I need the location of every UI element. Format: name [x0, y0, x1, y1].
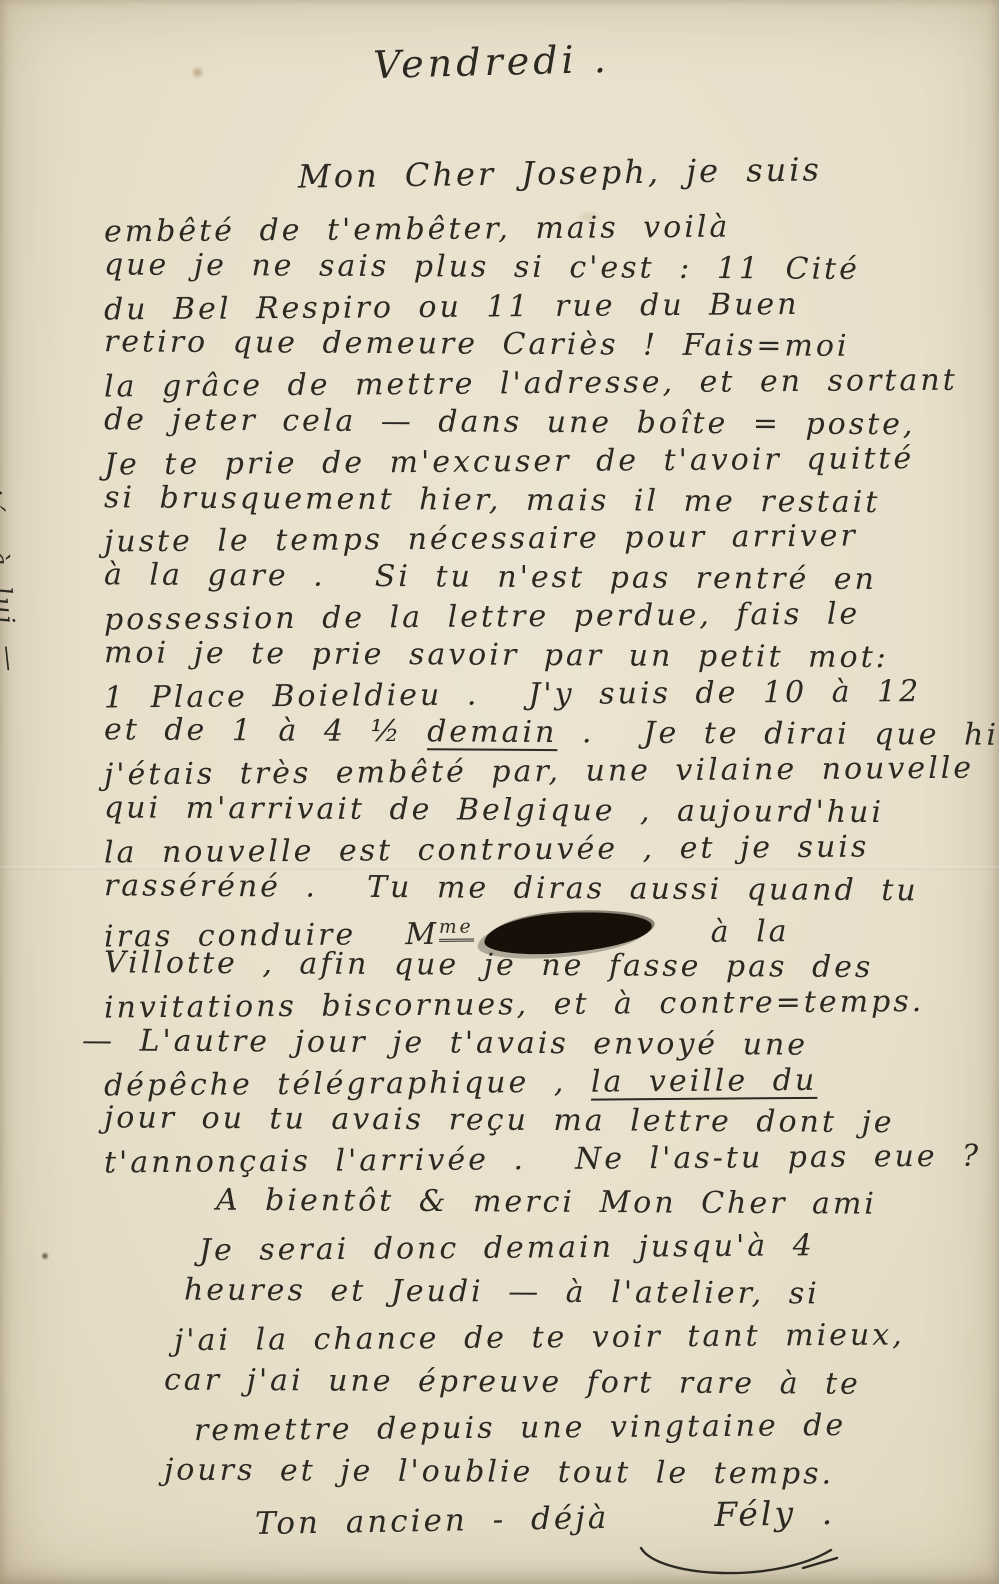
- closing-line: A bientôt & merci Mon Cher ami: [216, 1178, 987, 1228]
- body-line: j'étais très embêté par, une vilaine nou…: [104, 750, 987, 796]
- body-line: qui m'arrivait de Belgique , aujourd'hui: [104, 789, 987, 833]
- line-text: . Je te dirai que hier: [557, 715, 999, 753]
- closing-line: remettre depuis une vingtaine de: [194, 1402, 987, 1453]
- body-line: retiro que demeure Cariès ! Fais=moi: [104, 324, 987, 368]
- body-line: t'annonçais l'arrivée . Ne l'as-tu pas e…: [104, 1138, 987, 1184]
- line-text: à la: [662, 914, 790, 950]
- body-line: embêté de t'embêter, mais voilà: [104, 207, 987, 253]
- body-line: Je te prie de m'excuser de t'avoir quitt…: [104, 439, 987, 485]
- superscript-me: me: [439, 917, 474, 942]
- signoff-row: Ton ancien - déjàFély .: [255, 1493, 836, 1542]
- margin-note-line: Et belles amitiés à lui —: [0, 260, 58, 960]
- ink-dot-spot: [41, 1252, 49, 1260]
- body-line: invitations biscornues, et à contre=temp…: [104, 982, 987, 1028]
- line-text: et de 1 à 4 ½: [104, 713, 427, 750]
- body-line: à la gare . Si tu n'est pas rentré en: [104, 556, 987, 600]
- closing-line: j'ai la chance de te voir tant mieux,: [174, 1312, 987, 1363]
- underlined-words: la veille du: [591, 1062, 818, 1099]
- letter-body: embêté de t'embêter, mais voilà que je n…: [104, 210, 987, 1495]
- closing-line: jours et je l'oublie tout le temps.: [164, 1447, 987, 1497]
- salutation: Mon Cher Joseph, je suis: [298, 150, 822, 195]
- body-line: moi je te prie savoir par un petit mot:: [104, 634, 987, 678]
- body-line: si brusquement hier, mais il me restait: [104, 479, 987, 523]
- letter-page: Vendredi . Et belles amitiés à lui — O N…: [0, 0, 999, 1584]
- body-line: juste le temps nécessaire pour arriver: [104, 517, 987, 563]
- body-line-redacted: iras conduire Mme à la: [104, 905, 987, 951]
- body-line: jour ou tu avais reçu ma lettre dont je: [104, 1100, 987, 1144]
- closing-line: Je serai donc demain jusqu'à 4: [199, 1222, 987, 1273]
- dateline: Vendredi .: [0, 27, 991, 97]
- signoff: Ton ancien - déjà: [255, 1500, 610, 1542]
- signature: Fély .: [714, 1493, 835, 1534]
- body-line: rasséréné . Tu me diras aussi quand tu: [104, 867, 987, 911]
- line-text: dépêche télégraphique ,: [104, 1064, 591, 1103]
- body-line: de jeter cela — dans une boîte = poste,: [104, 401, 987, 445]
- body-line: que je ne sais plus si c'est : 11 Cité: [104, 246, 987, 290]
- body-line: du Bel Respiro ou 11 rue du Buen: [104, 284, 987, 330]
- closing-line: car j'ai une épreuve fort rare à te: [164, 1357, 987, 1407]
- body-line-underlined: et de 1 à 4 ½ demain . Je te dirai que h…: [104, 712, 987, 756]
- underlined-word: demain: [427, 715, 557, 751]
- body-line: — L'autre jour je t'avais envoyé une: [82, 1022, 987, 1066]
- body-line-underlined: dépêche télégraphique , la veille du: [104, 1060, 987, 1106]
- body-line: la nouvelle est controuvée , et je suis: [104, 827, 987, 873]
- closing-line: heures et Jeudi — à l'atelier, si: [184, 1267, 987, 1317]
- body-line: la grâce de mettre l'adresse, et en sort…: [104, 362, 987, 408]
- signature-flourish: [635, 1542, 845, 1582]
- body-line: 1 Place Boieldieu . J'y suis de 10 à 12: [104, 672, 987, 718]
- body-line: Villotte , afin que je ne fasse pas des: [104, 944, 987, 988]
- body-line: possession de la lettre perdue, fais le: [104, 595, 987, 641]
